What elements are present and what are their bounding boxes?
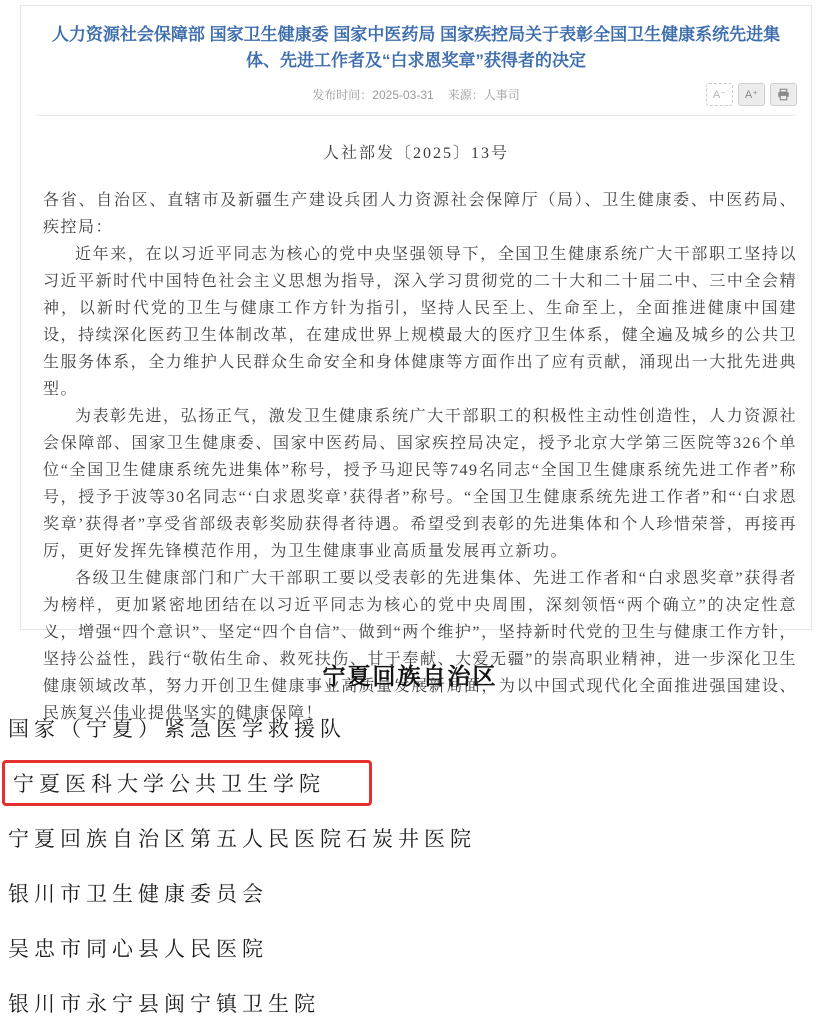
award-item-text: 银川市永宁县闽宁镇卫生院 [8, 988, 320, 1018]
paragraph-text: 各省、自治区、直辖市及新疆生产建设兵团人力资源社会保障厅（局）、卫生健康委、中医… [43, 192, 797, 236]
award-item-text: 宁夏医科大学公共卫生学院 [2, 760, 372, 806]
award-item-text: 吴忠市同心县人民医院 [8, 933, 268, 963]
award-list-item: 宁夏医科大学公共卫生学院 [8, 755, 831, 810]
paragraph-text: 近年来，在以习近平同志为核心的党中央坚强领导下，全国卫生健康系统广大干部职工坚持… [43, 246, 797, 398]
document-card: 人力资源社会保障部 国家卫生健康委 国家中医药局 国家疾控局关于表彰全国卫生健康… [20, 5, 812, 630]
award-item-text: 银川市卫生健康委员会 [8, 878, 268, 908]
award-excerpt-section: 宁夏回族自治区 国家（宁夏）紧急医学救援队宁夏医科大学公共卫生学院宁夏回族自治区… [0, 658, 831, 1023]
publish-date-label: 发布时间： [312, 88, 372, 102]
publish-date-value: 2025-03-31 [372, 88, 433, 102]
source-value: 人事司 [484, 88, 520, 102]
meta-row: 发布时间：2025-03-31来源：人事司 A⁻ A⁺ [33, 83, 799, 111]
document-number: 人社部发〔2025〕13号 [33, 140, 799, 163]
award-list-item: 银川市卫生健康委员会 [8, 865, 831, 920]
award-list: 国家（宁夏）紧急医学救援队宁夏医科大学公共卫生学院宁夏回族自治区第五人民医院石炭… [0, 700, 831, 1023]
printer-icon [777, 88, 790, 101]
print-button[interactable] [770, 83, 797, 106]
source-label: 来源： [448, 88, 484, 102]
document-paragraph: 各省、自治区、直辖市及新疆生产建设兵团人力资源社会保障厅（局）、卫生健康委、中医… [43, 187, 797, 241]
region-heading: 宁夏回族自治区 [0, 658, 820, 691]
font-increase-button[interactable]: A⁺ [738, 83, 765, 106]
header-divider [36, 115, 796, 116]
award-item-text: 国家（宁夏）紧急医学救援队 [8, 713, 346, 743]
paragraph-text: 为表彰先进，弘扬正气，激发卫生健康系统广大干部职工的积极性主动性创造性，人力资源… [43, 408, 797, 560]
font-decrease-button[interactable]: A⁻ [706, 83, 733, 106]
award-list-item: 宁夏回族自治区第五人民医院石炭井医院 [8, 810, 831, 865]
font-controls: A⁻ A⁺ [706, 83, 797, 106]
document-body: 各省、自治区、直辖市及新疆生产建设兵团人力资源社会保障厅（局）、卫生健康委、中医… [43, 187, 799, 727]
document-paragraph: 近年来，在以习近平同志为核心的党中央坚强领导下，全国卫生健康系统广大干部职工坚持… [43, 241, 797, 403]
award-list-item: 银川市永宁县闽宁镇卫生院 [8, 975, 831, 1023]
award-list-item: 吴忠市同心县人民医院 [8, 920, 831, 975]
award-item-text: 宁夏回族自治区第五人民医院石炭井医院 [8, 823, 476, 853]
document-paragraph: 为表彰先进，弘扬正气，激发卫生健康系统广大干部职工的积极性主动性创造性，人力资源… [43, 403, 797, 565]
award-list-item: 国家（宁夏）紧急医学救援队 [8, 700, 831, 755]
document-title: 人力资源社会保障部 国家卫生健康委 国家中医药局 国家疾控局关于表彰全国卫生健康… [47, 22, 785, 74]
publish-meta: 发布时间：2025-03-31来源：人事司 [33, 83, 799, 107]
